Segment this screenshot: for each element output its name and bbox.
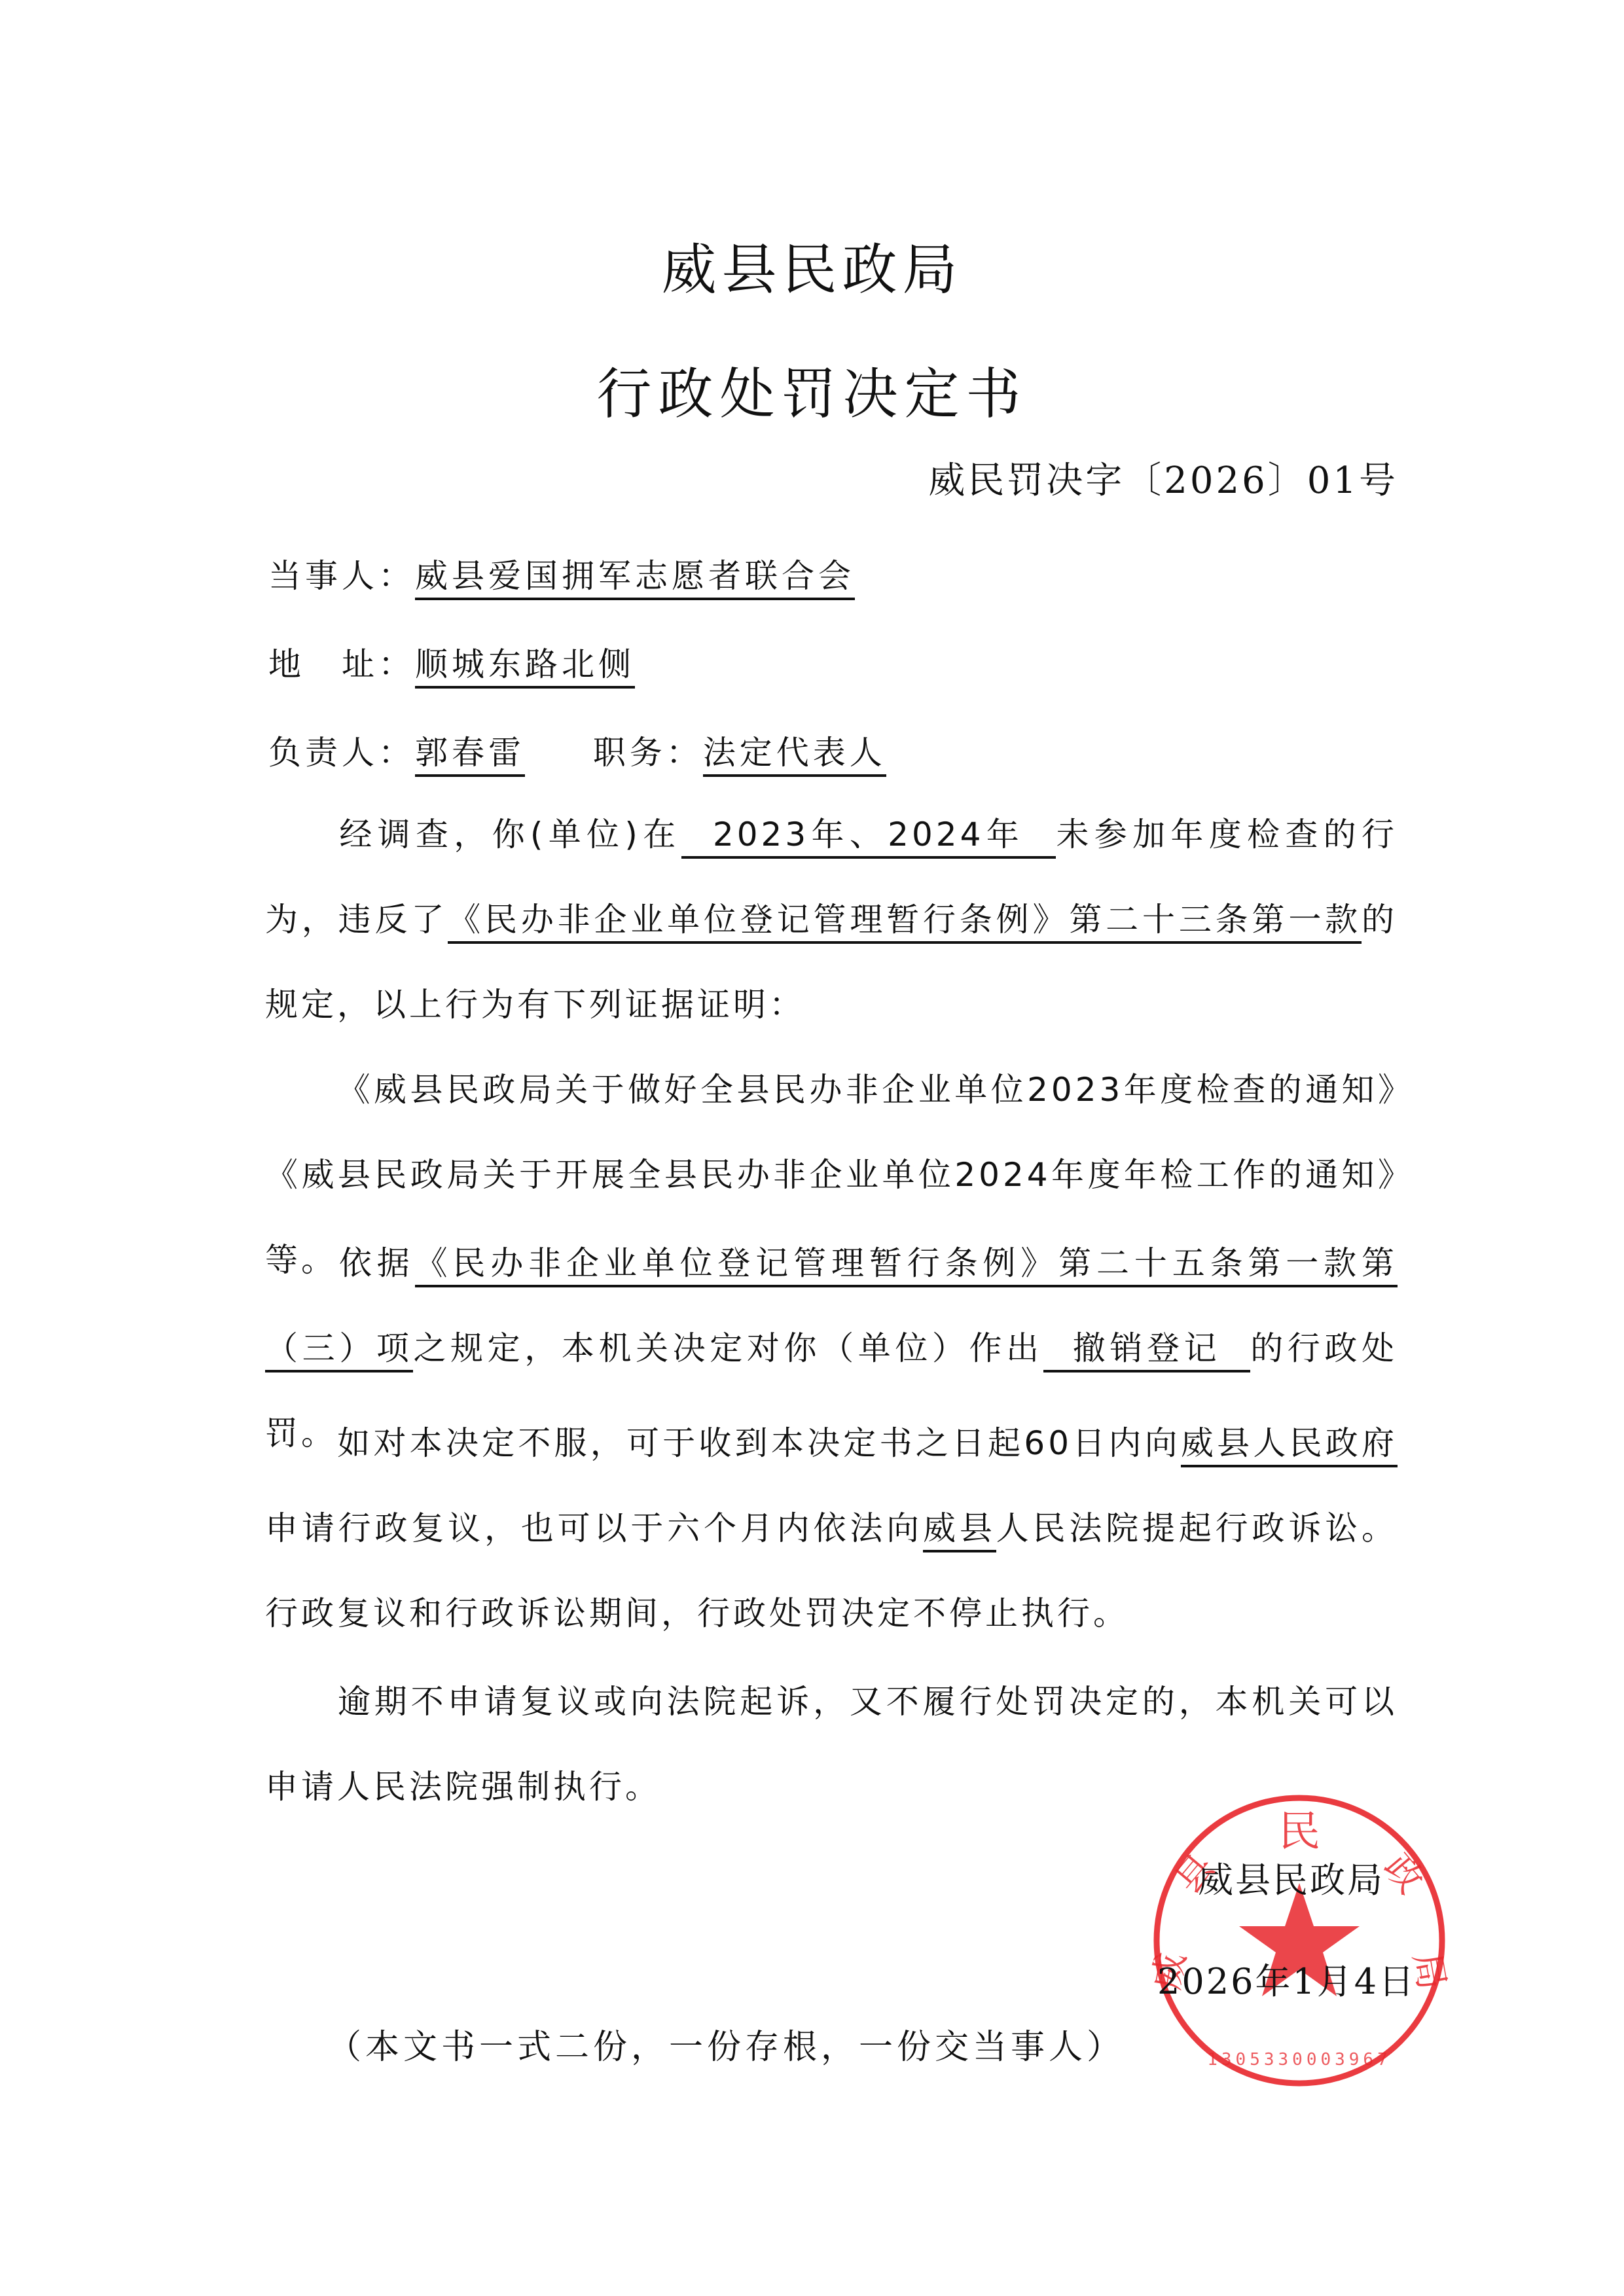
official-seal-icon: 民 县 威 政 局 1305330003967: [1142, 1784, 1456, 2098]
signature-date: 2026年1月4日: [1157, 1954, 1416, 2004]
document-number: 威民罚决字〔2026〕01号: [928, 452, 1398, 504]
p4-county: 威县: [923, 1509, 996, 1552]
responsible-label: 负责人：: [268, 734, 415, 772]
responsible-value: 郭春雷: [415, 734, 525, 777]
position-label: 职务：: [593, 734, 703, 772]
signature-agency: 威县民政局: [1198, 1852, 1384, 1903]
p3-text-a: 依据: [337, 1244, 415, 1282]
address-value: 顺城东路北侧: [415, 645, 635, 689]
p1-years: 2023年、2024年: [681, 816, 1056, 859]
document-title: 行政处罚决定书: [0, 350, 1624, 429]
p1-text-a: 经调查，你(单位)在: [337, 816, 681, 853]
party-label: 当事人：: [268, 557, 415, 595]
position-value: 法定代表人: [703, 734, 886, 777]
party-value: 威县爱国拥军志愿者联合会: [415, 557, 855, 600]
address-label: 地 址：: [268, 645, 415, 683]
p3-penalty: 撤销登记: [1043, 1329, 1250, 1372]
responsible-field: 负责人：郭春雷 职务：法定代表人: [268, 726, 886, 774]
svg-text:民: 民: [1278, 1808, 1320, 1856]
address-field: 地 址：顺城东路北侧: [268, 638, 635, 685]
p4-text-b: 申请行政复议，也可以于六个月内依法向: [265, 1509, 923, 1547]
copies-note: （本文书一式二份，一份存根，一份交当事人）: [327, 2019, 1125, 2068]
p1-law: 《民办非企业单位登记管理暂行条例》第二十三条第一款: [448, 901, 1362, 944]
agency-title: 威县民政局: [0, 226, 1624, 305]
p4-text-a: 如对本决定不服，可于收到本决定书之日起60日内向: [337, 1424, 1181, 1462]
p3-text-b: 之规定，本机关决定对你（单位）作出: [413, 1329, 1043, 1367]
p4-government: 威县人民政府: [1181, 1424, 1398, 1467]
paragraph-investigation: 经调查，你(单位)在 2023年、2024年 未参加年度检查的行为，违反了《民办…: [265, 792, 1398, 1047]
svg-text:1305330003967: 1305330003967: [1207, 2050, 1392, 2070]
party-field: 当事人：威县爱国拥军志愿者联合会: [268, 550, 855, 597]
paragraph-appeal: 如对本决定不服，可于收到本决定书之日起60日内向威县人民政府申请行政复议，也可以…: [265, 1401, 1398, 1656]
